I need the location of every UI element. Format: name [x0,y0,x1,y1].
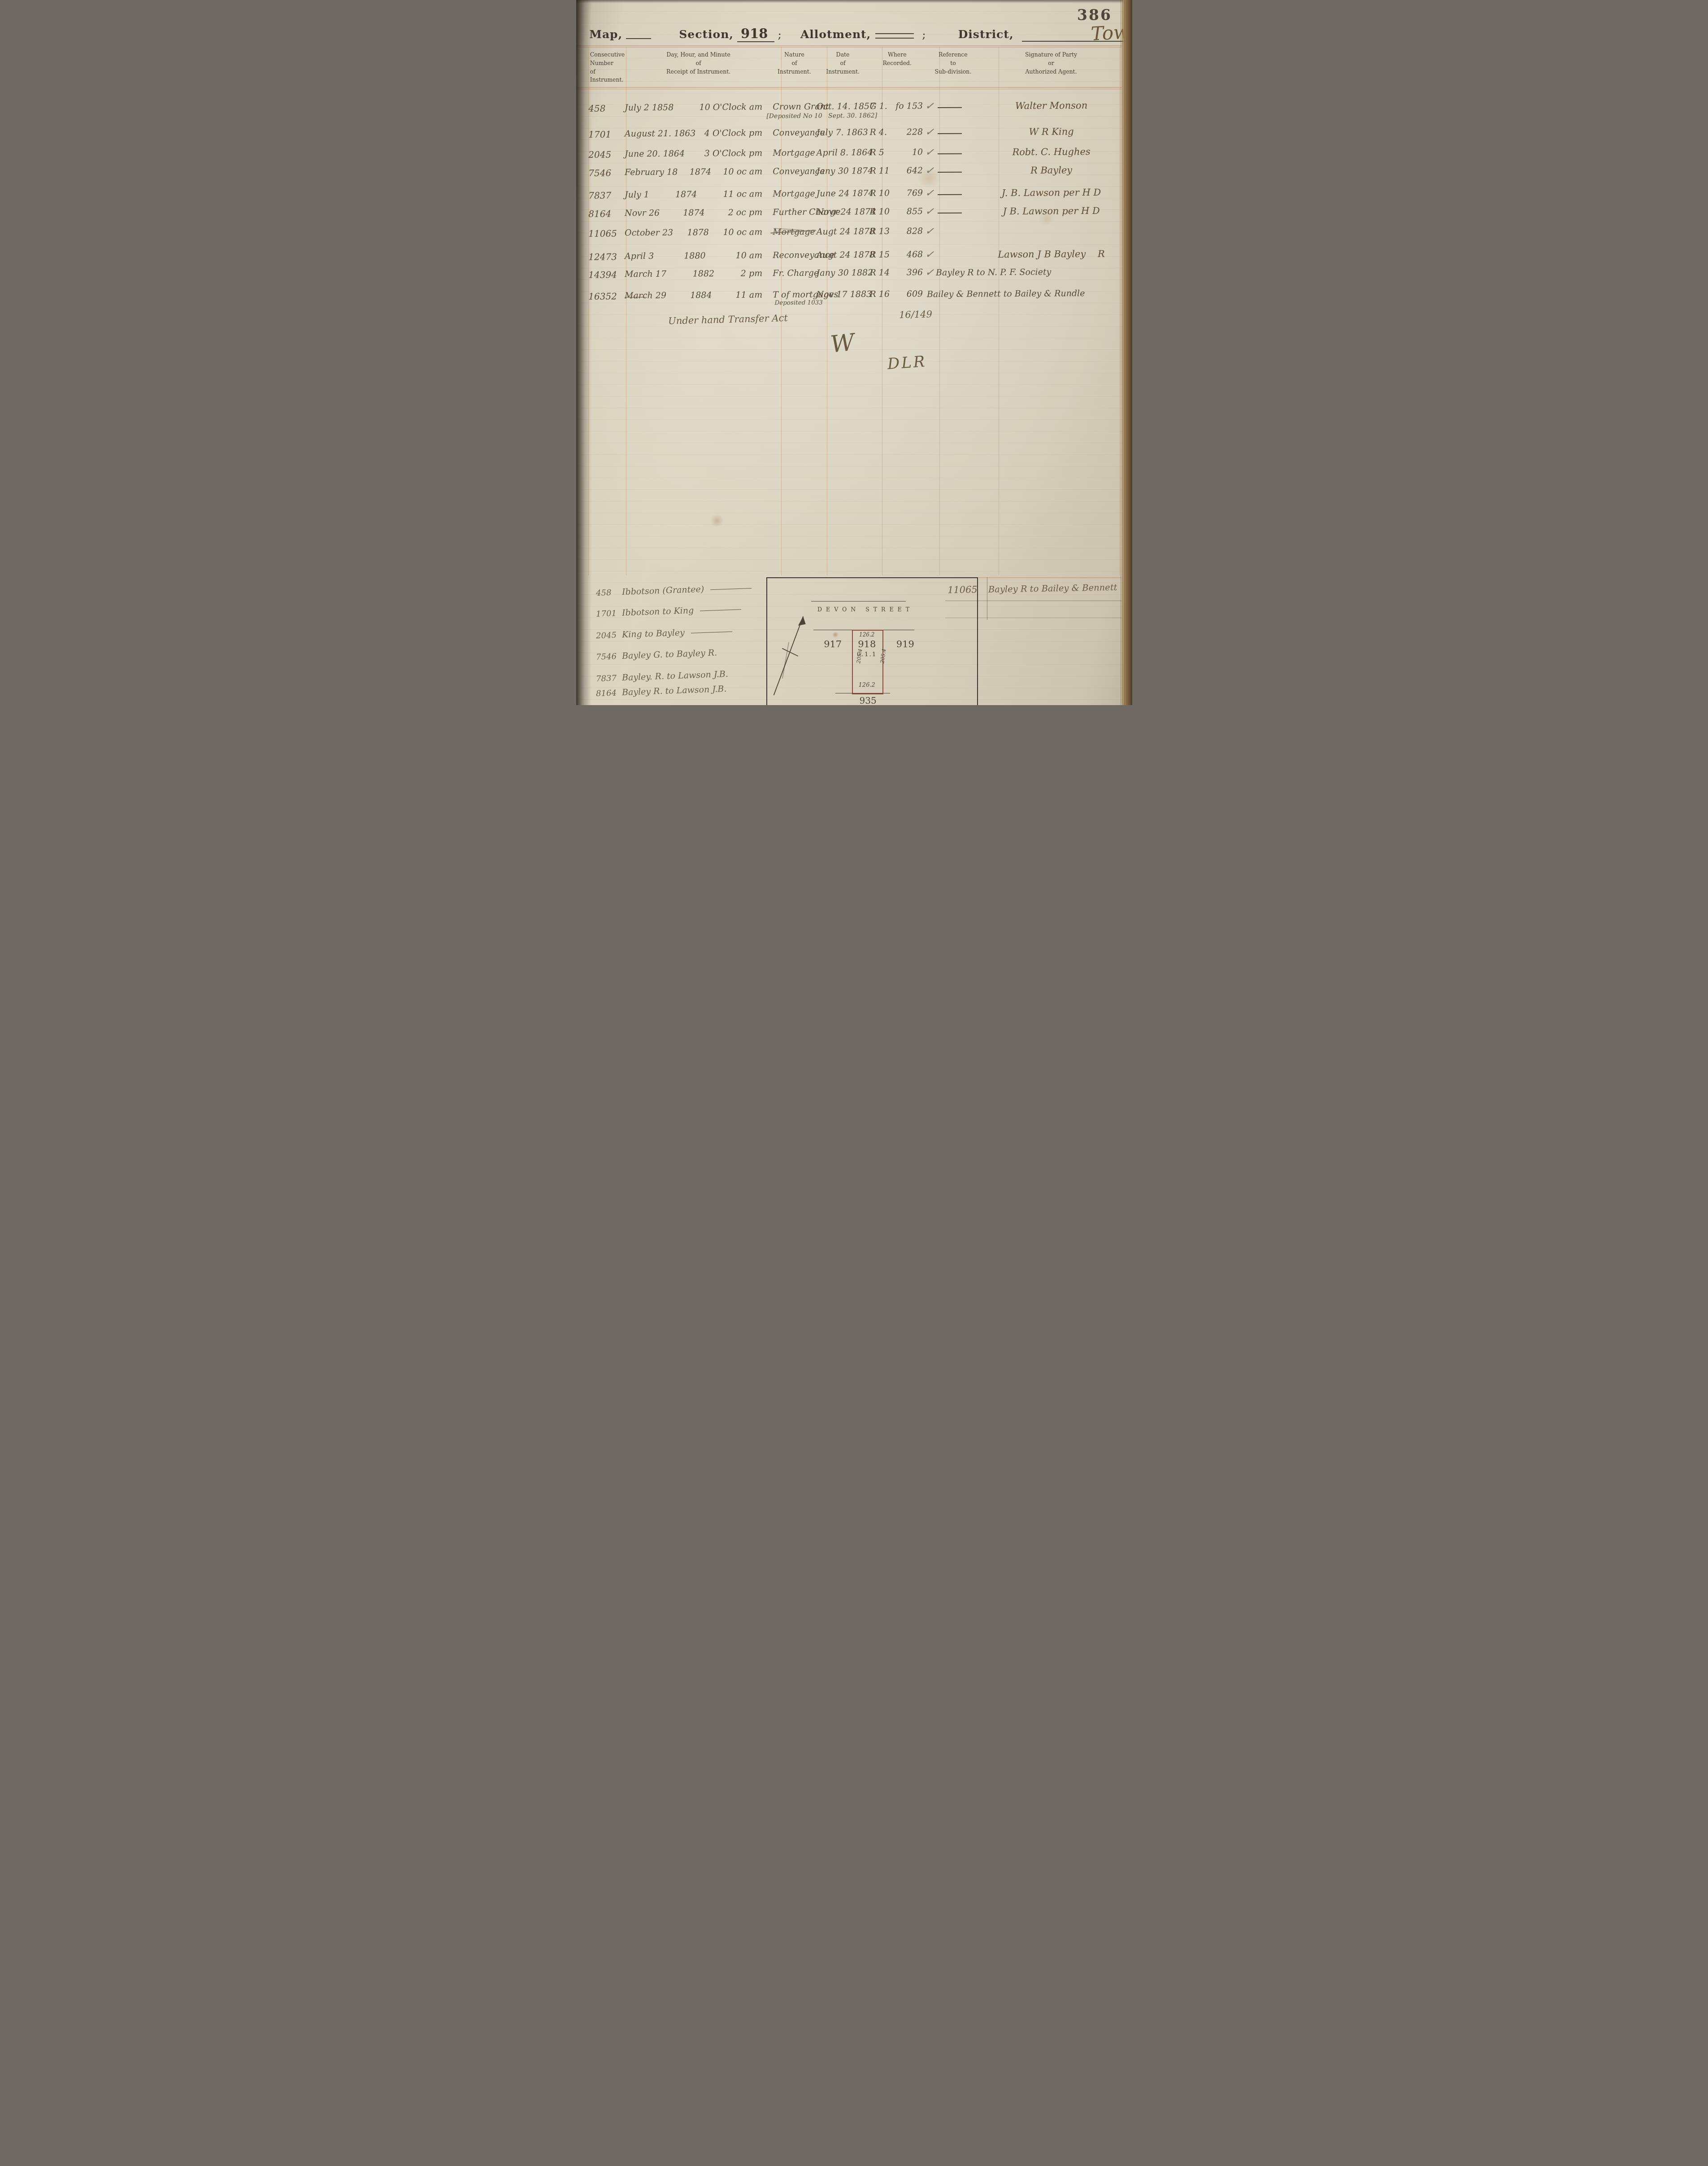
reference-dash [938,194,962,195]
table-row: 14394March 1718822 pmFr. ChargeJany 30 1… [576,266,1121,280]
district-blank-line: Town [1022,26,1132,42]
date-cell: Nov 17 1883 [816,289,869,301]
receipt-date: Novr 26 [624,208,659,219]
receipt-date: August 21. 1863 [624,128,695,139]
signature-cell: W R King [981,126,1121,137]
lot-dimension-right: 205.4 [879,649,887,664]
map-blank-line [626,38,651,39]
column-rule [827,47,827,575]
reference-dash [938,153,962,154]
separator: ; [778,28,782,41]
record-book: R 10 [869,207,890,218]
record-folio: 468 [906,249,922,260]
column-rule [999,47,999,575]
column-rule [939,47,940,575]
survey-sketch: DEVON STREET 126.2 917 918 919 0.1.1 205… [766,577,978,705]
index-number: 1701 [596,609,622,619]
reference-dash [938,213,962,214]
receipt-year: 1874 [689,167,711,178]
nature-text: Fr. Charge [773,268,819,278]
receipt-date: March 17 [624,269,666,280]
checkmark-icon: ✓ [925,207,934,216]
date-cell: Augt 24 1878 [816,250,869,261]
nature-text: Mortgage [773,189,815,199]
where-recorded-cell: R 11642 [869,166,925,177]
receipt-date: July 1 [624,190,649,200]
record-folio: 769 [906,188,922,199]
column-rule [781,47,782,575]
receipt-date: July 2 1858 [624,102,673,113]
reference-cell: ✓ [925,188,981,199]
instrument-number: 11065 [588,228,625,239]
table-header-row: Consecutive Number of Instrument. Day, H… [576,51,1121,84]
form-header: Map, Section, 918 ; Allotment, ; Distric… [589,26,1114,42]
signature-cell: Walter Monson [981,100,1121,111]
reference-cell: ✓ [925,100,981,112]
deposit-note: [Deposited No 10 Sept. 30. 1862] [766,112,877,120]
lot-919-label: 919 [896,639,914,649]
record-book: R 4. [869,127,887,138]
street-name: DEVON STREET [817,606,906,613]
where-recorded-cell: R 10855 [869,207,925,218]
receipt-cell: October 23187810 oc am [624,227,772,239]
colhead-rule [576,89,1122,89]
record-book: R 15 [869,250,890,261]
receipt-time: 11 oc am [723,189,762,200]
receipt-time: 2 pm [740,268,762,279]
receipt-cell: March 1718822 pm [624,268,772,280]
lot-918-label: 918 [852,639,882,649]
nature-cell: T of mortgagesDeposited 1033 [773,290,817,301]
receipt-year: 1874 [675,190,697,200]
page-number: 386 [1077,6,1112,24]
continuation-text: Bayley R to Bailey & Bennett [983,582,1117,595]
reference-dash [938,107,962,108]
index-text: Bayley R. to Lawson J.B. [622,684,727,697]
checkmark-icon: ✓ [925,250,934,259]
nature-cell: Crown Grant[Deposited No 10 Sept. 30. 18… [773,101,817,113]
receipt-year: 1882 [692,269,714,279]
record-folio: 828 [906,227,922,237]
receipt-cell: March 29188411 am [624,290,772,302]
receipt-year: 1884 [690,290,712,301]
receipt-cell: June 20. 18643 O'Clock pm [624,148,772,160]
index-dash [691,631,732,633]
index-number: 2045 [596,630,622,641]
nature-cell: Further Charge [773,207,817,218]
book-spine-shadow [576,0,591,705]
reference-dash [938,133,962,134]
receipt-time: 3 O'Clock pm [704,148,762,160]
col-where-recorded: Where Recorded. [869,51,925,84]
table-row: 11065October 23187810 oc amMortgageAugt … [576,225,1121,239]
receipt-cell: July 2 185810 O'Clock am [624,102,772,113]
receipt-date: June 20. 1864 [624,149,684,160]
section-value: 918 [737,26,774,42]
date-cell: Oct. 14. 1857 [816,101,869,113]
header-rule [576,45,1122,46]
table-row: 16352March 29188411 amT of mortgagesDepo… [576,288,1121,302]
where-recorded-cell: R 13828 [869,227,925,238]
signature-cell: J. B. Lawson per H D [981,187,1121,199]
index-number: 7546 [596,652,622,662]
nature-cell: Conveyance [773,166,817,178]
allotment-label: Allotment, [800,28,871,41]
receipt-cell: July 1187411 oc am [624,189,772,201]
checkmark-icon: ✓ [925,101,934,110]
index-number: 458 [596,588,622,598]
record-folio: 228 [906,127,922,138]
receipt-time: 4 O'Clock pm [704,128,762,139]
where-recorded-cell: R 16609 [869,289,925,300]
receipt-date: April 3 [624,251,653,262]
date-cell: July 7. 1863 [816,127,869,139]
instrument-number: 12473 [588,252,625,262]
record-book: R 10 [869,188,890,199]
paper-stain [709,515,725,527]
lot-917-label: 917 [824,639,842,649]
nature-text: Mortgage [773,227,815,237]
table-row: 7837July 1187411 oc amMortgageJune 24 18… [576,187,1121,201]
record-folio: fo 153 [895,101,923,112]
index-dash [700,609,741,611]
signature-cell: Robt. C. Hughes [981,146,1121,158]
nature-cell: Conveyance [773,127,817,139]
register-page: 386 Map, Section, 918 ; Allotment, ; Dis… [576,0,1132,705]
record-book: G 1. [869,101,887,112]
where-recorded-cell: R 4.228 [869,127,925,138]
where-recorded-cell: R 510 [869,147,925,158]
record-book: R 5 [869,148,884,158]
record-folio: 642 [906,166,922,176]
instrument-number: 458 [588,103,625,113]
checkmark-icon: ✓ [925,148,934,157]
instrument-number: 7546 [588,167,625,178]
page-top-edge [576,0,1132,3]
rear-boundary-line [835,693,890,693]
nature-subnote: Deposited 1033 [774,299,823,307]
table-row: 458July 2 185810 O'Clock amCrown Grant[D… [576,100,1121,113]
section-label: Section, [679,28,734,41]
date-cell: June 24 1874 [816,188,869,200]
index-number: 7837 [596,673,622,684]
receipt-year: 1874 [683,208,705,219]
receipt-date: March 29 [624,291,666,302]
nature-cell: Reconveyance [773,250,817,261]
table-row: 2045June 20. 18643 O'Clock pmMortgageApr… [576,146,1121,160]
allotment-blank-line [875,33,914,39]
receipt-date: February 18 [624,167,677,179]
where-recorded-cell: G 1.fo 153 [869,101,925,112]
record-book: R 11 [869,166,890,177]
signature-cell [981,225,1121,237]
map-label: Map, [589,28,622,41]
index-text: Bayley. R. to Lawson J.B. [622,669,729,682]
index-entry: 7837Bayley. R. to Lawson J.B. [596,669,729,683]
table-row: 1701August 21. 18634 O'Clock pmConveyanc… [576,126,1121,139]
instrument-number: 7837 [588,190,625,201]
reference-dash [938,172,962,173]
index-entry: 2045King to Bayley [596,626,732,641]
where-recorded-cell: R 15468 [869,249,925,261]
instrument-number: 1701 [588,129,625,139]
record-book: R 16 [869,289,890,300]
receipt-year: 1878 [687,228,709,239]
separator: ; [922,28,926,41]
col-reference: Reference to Sub-division. [925,51,981,84]
signature-cell [981,288,1121,300]
receipt-time: 10 oc am [723,167,762,178]
record-folio: 609 [906,289,922,300]
date-cell: Jany 30 1882 [816,268,869,279]
date-cell: Augt 24 1878 [816,227,869,238]
under-hand-ref: 16/149 [899,309,932,321]
instrument-number: 16352 [588,291,625,302]
nature-cell: Mortgage [773,148,817,159]
reference-cell: ✓ [925,226,981,237]
date-cell: April 8. 1864 [816,148,869,159]
date-cell: Novr 24 1874 [816,207,869,218]
north-arrow-icon [770,606,813,699]
nature-text: Mortgage [773,148,815,158]
colhead-rule [576,87,1122,88]
instrument-number: 14394 [588,269,625,280]
col-date: Date of Instrument. [816,51,869,84]
record-folio: 396 [906,267,922,278]
street-edge-line [811,601,906,601]
record-book: R 14 [869,267,890,278]
checkmark-icon: ✓ [925,166,934,175]
record-book: R 13 [869,227,890,237]
receipt-date: October 23 [624,228,673,239]
reference-cell: ✓ [925,147,981,158]
instrument-number: 2045 [588,149,625,160]
table-row: 8164Novr 2618742 oc pmFurther ChargeNovr… [576,205,1121,219]
col-nature: Nature of Instrument. [773,51,816,84]
index-entry: 8164Bayley R. to Lawson J.B. [596,684,727,698]
lot-935-label: 935 [853,695,883,705]
page-stack-edge [1121,0,1132,705]
under-hand-note: Under hand Transfer Act 16/149 [668,309,932,327]
signature-cell [981,266,1121,278]
column-rule [626,47,626,575]
checkmark-icon: ✓ [925,128,934,137]
reference-cell: ✓ [925,166,981,177]
nature-cell: Fr. Charge [773,268,817,279]
receipt-cell: August 21. 18634 O'Clock pm [624,128,772,139]
col-consecutive-number: Consecutive Number of Instrument. [588,51,625,84]
receipt-year: 1880 [684,251,706,261]
lot-dimension-bottom: 126.2 [852,682,882,689]
checkmark-icon: ✓ [925,268,934,277]
index-dash [710,588,752,590]
table-row: 12473April 3188010 amReconveyanceAugt 24… [576,248,1121,262]
receipt-cell: February 18187410 oc am [624,166,772,178]
receipt-time: 10 oc am [723,227,762,239]
receipt-time: 10 O'Clock am [699,102,762,113]
where-recorded-cell: R 10769 [869,188,925,200]
index-text: Ibbotson to King [622,606,694,618]
checkmark-icon: ✓ [925,189,934,198]
record-folio: 855 [906,207,922,218]
receipt-time: 2 oc pm [728,208,762,218]
instrument-number: 8164 [588,209,625,219]
table-row: 7546February 18187410 oc amConveyanceJan… [576,165,1121,179]
under-hand-text: Under hand Transfer Act [668,313,788,327]
header-rule [576,47,1122,48]
index-text: Ibbotson (Grantee) [622,584,704,597]
receipt-cell: April 3188010 am [624,251,772,262]
date-cell: Jany 30 1874 [816,166,869,177]
index-entry: 458Ibbotson (Grantee) [596,583,752,598]
col-receipt: Day, Hour, and Minute of Receipt of Inst… [625,51,773,84]
reference-cell: ✓ [925,206,981,218]
signature-cell: J B. Lawson per H D [981,205,1121,217]
where-recorded-cell: R 14396 [869,267,925,279]
record-folio: 10 [912,148,922,158]
checkmark-icon: ✓ [925,227,934,236]
index-entry: 1701Ibbotson to King [596,604,742,619]
reference-cell: Bailey & Bennett to Bailey & Rundle [925,289,981,300]
reference-cell: ✓ [925,126,981,138]
reference-cell: ✓Bayley R to N. P. F. Society [925,267,981,278]
signature-cell: R Bayley [981,165,1121,176]
nature-cell: Mortgage [773,227,817,238]
index-number: 8164 [596,688,622,698]
signature-cell: Lawson J B Bayley R [981,248,1121,260]
receipt-cell: Novr 2618742 oc pm [624,208,772,219]
receipt-time: 11 am [735,290,762,301]
clerk-initial-flourish: W [829,329,856,358]
district-label: District, [958,28,1014,41]
index-text: Bayley G. to Bayley R. [622,648,717,661]
index-entry: 7546Bayley G. to Bayley R. [596,648,717,662]
index-text: King to Bayley [622,628,685,640]
reference-cell: ✓ [925,249,981,261]
receipt-time: 10 am [735,251,762,261]
clerk-initials: DLR [887,353,927,373]
col-signature: Signature of Party or Authorized Agent. [981,51,1121,84]
nature-cell: Mortgage [773,189,817,200]
lot-dimension-top: 126.2 [852,632,882,638]
